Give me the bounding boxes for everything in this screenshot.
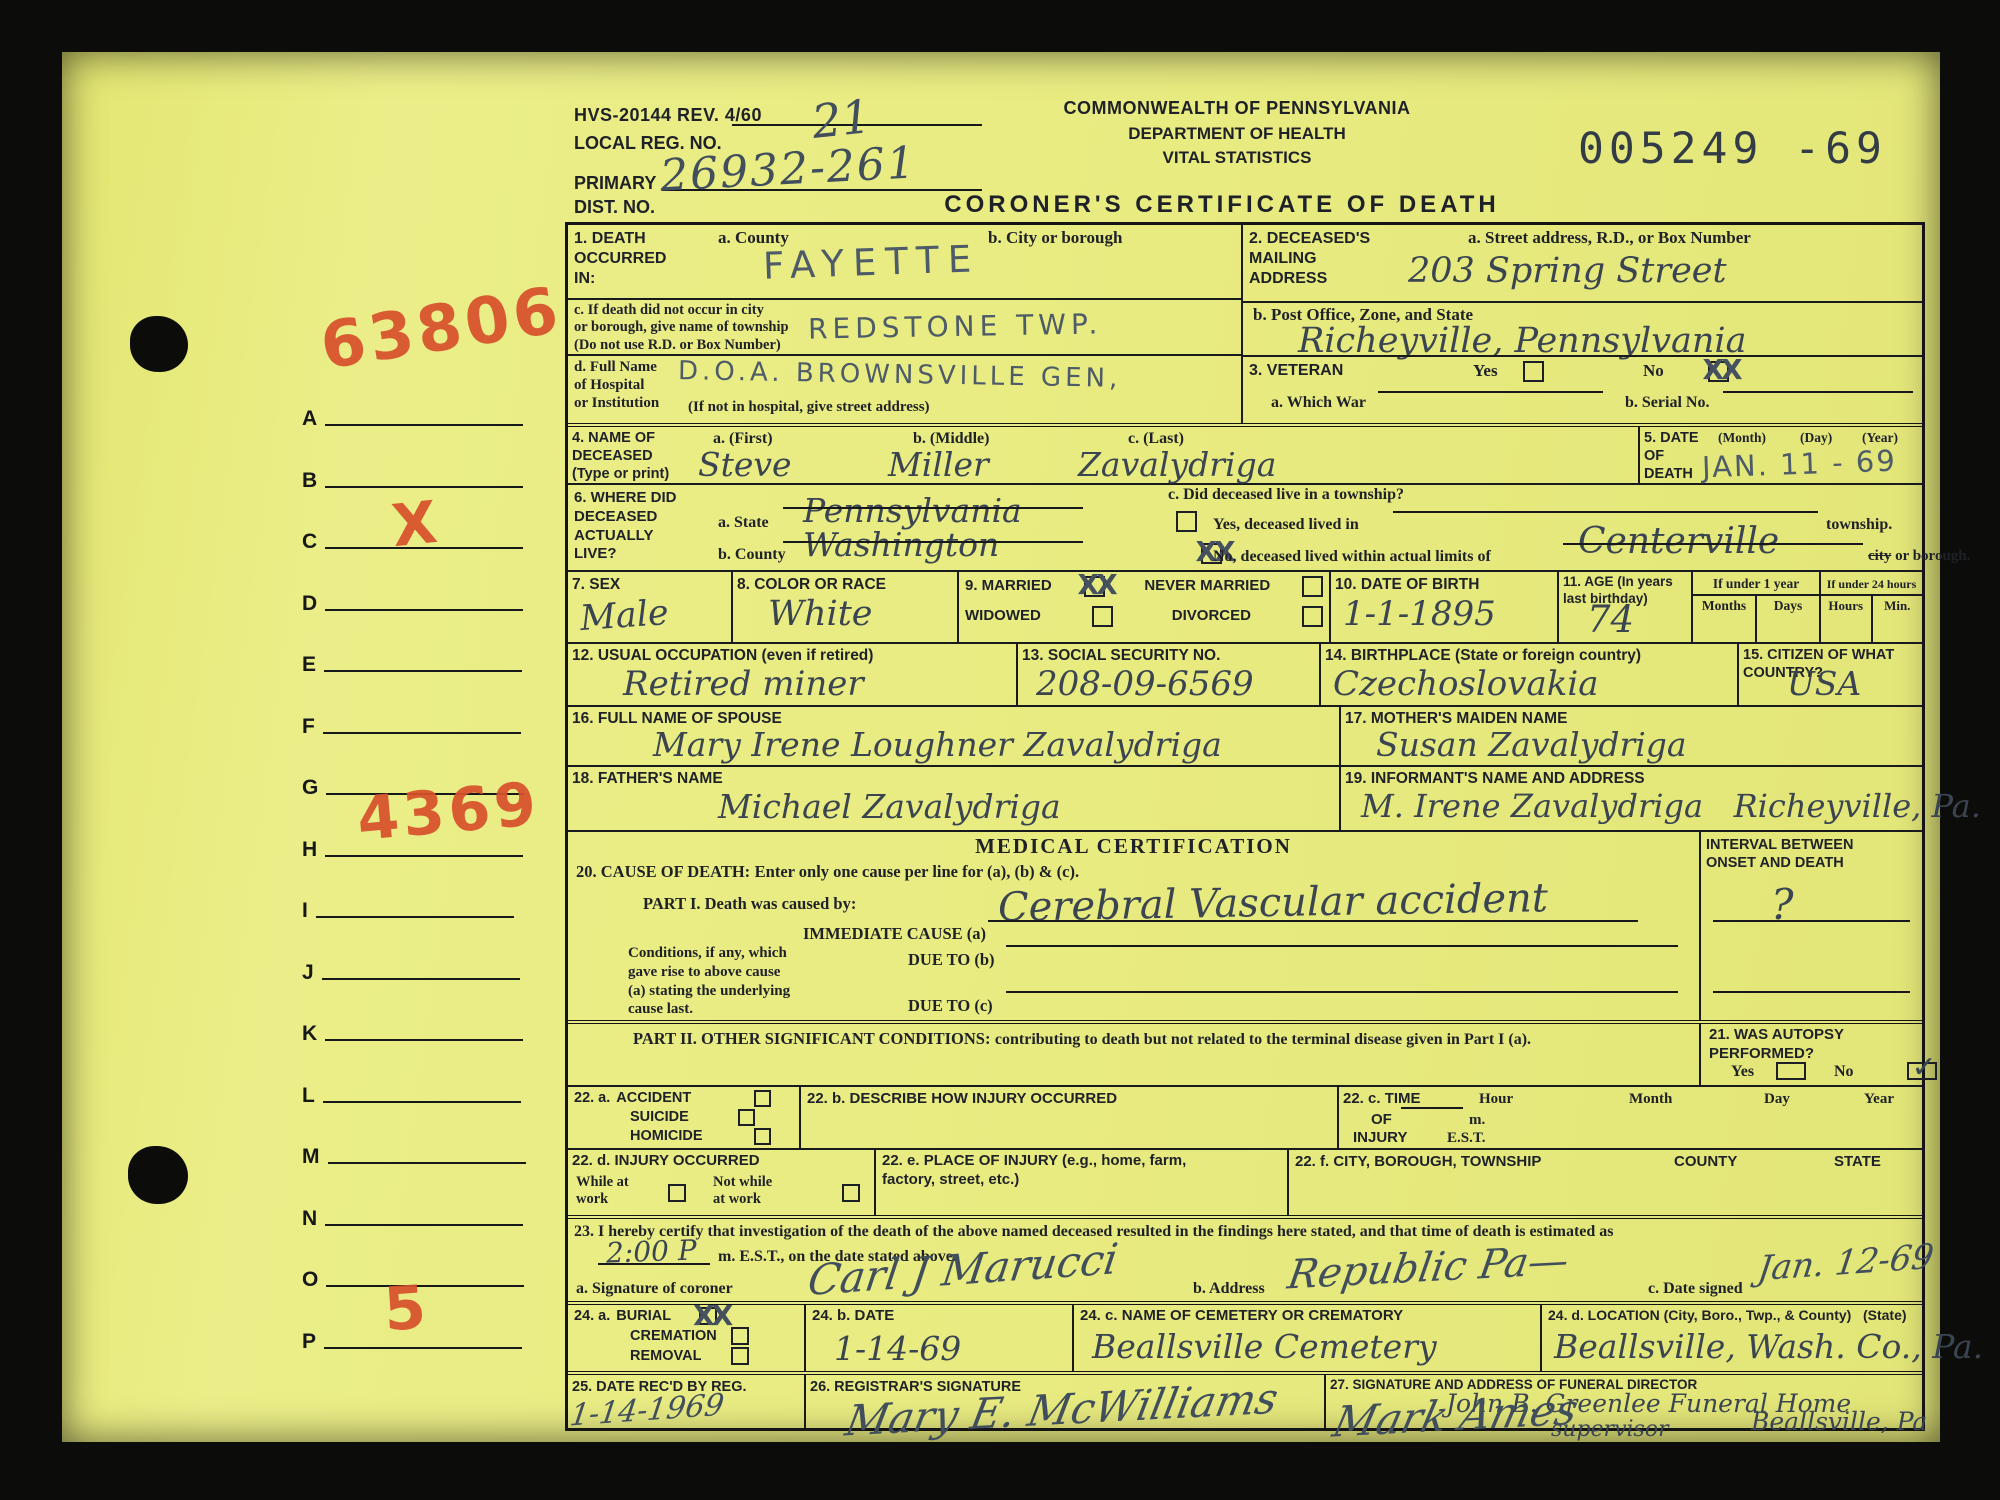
- crayon-x-mark: X: [389, 488, 441, 560]
- ledger-row-n: N: [302, 1207, 523, 1231]
- conditions-note: Conditions, if any, which gave rise to a…: [628, 944, 790, 1019]
- box1-city-label: b. City or borough: [988, 228, 1122, 248]
- box11-under-1-year: If under 1 year Months Days: [1693, 572, 1821, 642]
- box9-row1: 9. MARRIED XX NEVER MARRIED: [965, 576, 1323, 597]
- hours-label: Hours: [1821, 596, 1873, 642]
- funeral-director-role: supervisor: [1551, 1417, 1669, 1442]
- box6-township-word: township.: [1826, 515, 1892, 534]
- box13-ssn: 13. SOCIAL SECURITY NO. 208-09-6569: [1018, 644, 1321, 705]
- box24b-value: 1-14-69: [834, 1329, 961, 1368]
- row-demographics: 7. SEX Male 8. COLOR OR RACE White 9. MA…: [568, 570, 1922, 642]
- box27-funeral-director: 27. SIGNATURE AND ADDRESS OF FUNERAL DIR…: [1326, 1375, 1922, 1428]
- box3-veteran-sub: 3. VETERAN Yes No XX a. Which War b. Ser…: [1243, 355, 1922, 419]
- ledger-line: [325, 855, 523, 858]
- box18-value: Michael Zavalydriga: [718, 787, 1061, 826]
- while-at-work-label: While at work: [576, 1174, 629, 1209]
- box11-under-24-hours: If under 24 hours Hours Min.: [1821, 572, 1922, 642]
- veteran-no-mark: XX: [1702, 353, 1739, 386]
- row-spouse-mother: 16. FULL NAME OF SPOUSE Mary Irene Lough…: [568, 705, 1922, 765]
- box22f-city-county-state: 22. f. CITY, BOROUGH, TOWNSHIP COUNTY ST…: [1289, 1150, 1922, 1215]
- box2-street-label: a. Street address, R.D., or Box Number: [1468, 228, 1751, 248]
- box24b-heading: 24. b. DATE: [812, 1307, 894, 1326]
- ledger-letter: I: [302, 899, 308, 923]
- part2-line: PART II. OTHER SIGNIFICANT CONDITIONS: c…: [633, 1029, 1531, 1049]
- box6-state-label: a. State: [718, 513, 769, 532]
- box22f-state-label: STATE: [1834, 1153, 1881, 1172]
- removal-label: REMOVAL: [630, 1347, 701, 1365]
- suicide-checkbox[interactable]: [738, 1109, 755, 1126]
- coroner-signature-label: a. Signature of coroner: [576, 1279, 733, 1298]
- box13-value: 208-09-6569: [1036, 664, 1254, 704]
- row-part2-autopsy: PART II. OTHER SIGNIFICANT CONDITIONS: c…: [568, 1020, 1922, 1085]
- never-married-checkbox[interactable]: [1302, 576, 1323, 597]
- ledger-letter: G: [302, 776, 318, 800]
- box22b-describe-injury: 22. b. DESCRIBE HOW INJURY OCCURRED: [801, 1087, 1339, 1148]
- box24a-number: 24. a.: [574, 1307, 610, 1325]
- box17-mother: 17. MOTHER'S MAIDEN NAME Susan Zavalydri…: [1341, 707, 1922, 765]
- ledger-line: [316, 916, 514, 919]
- ledger-line: [325, 1039, 523, 1042]
- ledger-line: [323, 1101, 521, 1104]
- autopsy-no-checkbox[interactable]: ✓: [1907, 1062, 1937, 1080]
- cremation-checkbox[interactable]: [731, 1327, 749, 1345]
- box22a-row2: SUICIDE: [574, 1108, 793, 1126]
- ledger-row-l: L: [302, 1084, 521, 1108]
- box4-middle-value: Miller: [888, 445, 989, 484]
- box22c-hour-label: Hour: [1479, 1090, 1513, 1108]
- box3-heading: 3. VETERAN: [1249, 361, 1343, 381]
- immediate-cause-value: Cerebral Vascular accident: [998, 875, 1549, 931]
- min-label: Min.: [1873, 596, 1923, 642]
- row-father-informant: 18. FATHER'S NAME Michael Zavalydriga 19…: [568, 765, 1922, 830]
- ledger-row-e: E: [302, 653, 522, 677]
- box6-residence: 6. WHERE DID DECEASED ACTUALLY LIVE? a. …: [568, 485, 1922, 570]
- box10-date-of-birth: 10. DATE OF BIRTH 1-1-1895: [1331, 572, 1559, 642]
- ledger-line: [326, 1285, 524, 1288]
- box14-heading: 14. BIRTHPLACE (State or foreign country…: [1325, 646, 1641, 665]
- box9-never-label: NEVER MARRIED: [1144, 577, 1270, 596]
- box5-date-of-death: 5. DATE OF DEATH (Month) (Day) (Year) JA…: [1640, 427, 1922, 483]
- under-24-hours-label: If under 24 hours: [1821, 572, 1922, 596]
- crayon-ref-number: 63806: [316, 273, 567, 384]
- box1-death-occurred: 1. DEATH OCCURRED IN: a. County b. City …: [568, 225, 1243, 423]
- ledger-line: [324, 1347, 522, 1350]
- box15-value: USA: [1787, 664, 1861, 703]
- ledger-line: [325, 424, 523, 427]
- box4-last-value: Zavalydriga: [1078, 445, 1276, 484]
- coroner-address-value: Republic Pa—: [1285, 1237, 1572, 1298]
- box17-value: Susan Zavalydriga: [1376, 725, 1687, 764]
- box24c-value: Beallsville Cemetery: [1092, 1327, 1437, 1366]
- ledger-letter: A: [302, 407, 317, 431]
- ledger-letter: D: [302, 592, 317, 616]
- ledger-line: [325, 486, 523, 489]
- box1-county-sub: 1. DEATH OCCURRED IN: a. County b. City …: [568, 225, 1241, 298]
- ledger-line: [323, 732, 521, 735]
- row-death-occurred: 1. DEATH OCCURRED IN: a. County b. City …: [568, 225, 1922, 423]
- box22b-heading: 22. b. DESCRIBE HOW INJURY OCCURRED: [807, 1090, 1117, 1109]
- box22c-number: 22. c. TIME: [1343, 1090, 1421, 1109]
- ledger-row-k: K: [302, 1022, 523, 1046]
- box24d-value: Beallsville, Wash. Co., Pa.: [1554, 1327, 1983, 1366]
- accident-checkbox[interactable]: [754, 1090, 771, 1107]
- under-24-hours-columns: Hours Min.: [1821, 596, 1922, 642]
- box24a-row1: 24. a. BURIAL XX: [574, 1307, 798, 1325]
- autopsy-no-mark: ✓: [1911, 1050, 1933, 1085]
- ledger-letter: M: [302, 1145, 320, 1169]
- box22d-heading: 22. d. INJURY OCCURRED: [572, 1152, 760, 1171]
- box22a-accident-suicide-homicide: 22. a. ACCIDENT SUICIDE HOMICIDE: [568, 1087, 801, 1148]
- commonwealth-line: COMMONWEALTH OF PENNSYLVANIA: [962, 97, 1512, 120]
- box10-value: 1-1-1895: [1343, 594, 1496, 634]
- box3-war-label: a. Which War: [1271, 393, 1366, 412]
- box22f-county-label: COUNTY: [1674, 1153, 1737, 1172]
- box6-heading: 6. WHERE DID DECEASED ACTUALLY LIVE?: [574, 489, 677, 564]
- box6-city-struck: city: [1868, 548, 1891, 564]
- box9-marital-status: 9. MARRIED XX NEVER MARRIED WIDOWED DIVO…: [959, 572, 1331, 642]
- box6-limits-value: Centerville: [1578, 521, 1779, 562]
- box1-hospital-sub: d. Full Name of Hospital or Institution …: [568, 354, 1241, 419]
- dist-no-label: DIST. NO.: [574, 196, 655, 219]
- vital-statistics-line: VITAL STATISTICS: [962, 147, 1512, 168]
- box24c-heading: 24. c. NAME OF CEMETERY OR CREMATORY: [1080, 1307, 1403, 1326]
- box24a-row3: REMOVAL: [574, 1347, 798, 1365]
- box20-cause-of-death: MEDICAL CERTIFICATION 20. CAUSE OF DEATH…: [568, 832, 1701, 1020]
- ledger-row-f: F: [302, 715, 521, 739]
- ledger-row-j: J: [302, 961, 520, 985]
- coroner-signature: Carl J Marucci: [805, 1234, 1121, 1305]
- box9-married-label: 9. MARRIED: [965, 577, 1052, 596]
- married-mark: XX: [1078, 568, 1115, 601]
- interval-heading: INTERVAL BETWEEN ONSET AND DEATH: [1706, 836, 1853, 872]
- box23-certification: 23. I hereby certify that investigation …: [568, 1219, 1922, 1301]
- box25-date-received: 25. DATE REC'D BY REG. 1-14-1969: [568, 1375, 806, 1428]
- homicide-checkbox[interactable]: [754, 1128, 771, 1145]
- box19-value: M. Irene Zavalydriga Richeyville, Pa.: [1361, 787, 1981, 825]
- months-label: Months: [1693, 596, 1757, 642]
- lived-township-yes-checkbox[interactable]: [1176, 511, 1197, 532]
- box5-value: JAN. 11 - 69: [1701, 444, 1897, 485]
- box22c-time-of-injury: 22. c. TIME Hour Month Day Year OF m. IN…: [1339, 1087, 1922, 1148]
- crayon-ref-number-3: 5: [382, 1273, 429, 1346]
- ledger-row-m: M: [302, 1145, 526, 1169]
- ledger-letter: O: [302, 1268, 318, 1292]
- box6-township-question: c. Did deceased live in a township?: [1168, 485, 1404, 504]
- box26-registrar-signature: 26. REGISTRAR'S SIGNATURE Mary E. McWill…: [806, 1375, 1326, 1428]
- ledger-line: [325, 609, 523, 612]
- box1-township-label: c. If death did not occur in city or bor…: [574, 302, 789, 354]
- box24c-cemetery: 24. c. NAME OF CEMETERY OR CREMATORY Bea…: [1074, 1305, 1542, 1371]
- ledger-row-a: A: [302, 407, 523, 431]
- box12-occupation: 12. USUAL OCCUPATION (even if retired) R…: [568, 644, 1018, 705]
- box16-value: Mary Irene Loughner Zavalydriga: [653, 725, 1222, 764]
- suicide-label: SUICIDE: [630, 1108, 689, 1126]
- box20-heading: 20. CAUSE OF DEATH:: [576, 862, 750, 881]
- punch-hole-top: [130, 316, 188, 372]
- box1-township-value: REDSTONE TWP.: [808, 307, 1103, 345]
- ledger-row-i: I: [302, 899, 514, 923]
- box14-value: Czechoslovakia: [1333, 664, 1598, 704]
- ledger-letter: E: [302, 653, 316, 677]
- box21-yes-label: Yes: [1731, 1062, 1754, 1081]
- box2-post-sub: b. Post Office, Zone, and State Richeyvi…: [1243, 301, 1922, 355]
- box2-heading: 2. DECEASED'S MAILING ADDRESS: [1249, 229, 1370, 289]
- ledger-line: [325, 1224, 523, 1227]
- ledger-letter: H: [302, 838, 317, 862]
- box2-street-value: 203 Spring Street: [1408, 251, 1727, 291]
- ledger-letter: P: [302, 1330, 316, 1354]
- box6-or-borough: or borough.: [1895, 548, 1970, 564]
- department-line: DEPARTMENT OF HEALTH: [962, 123, 1512, 144]
- ledger-letter: L: [302, 1084, 315, 1108]
- part2-conditions: PART II. OTHER SIGNIFICANT CONDITIONS: c…: [568, 1024, 1701, 1085]
- primary-label: PRIMARY: [574, 172, 656, 195]
- ledger-letter: N: [302, 1207, 317, 1231]
- box7-value: Male: [579, 593, 670, 639]
- ledger-letter: B: [302, 469, 317, 493]
- certificate-paper: A B C D E F G H I J K L M N O P 63806 X …: [62, 52, 1940, 1442]
- box4-heading: 4. NAME OF DECEASED (Type or print): [572, 429, 669, 483]
- part2-note: contributing to death but not related to…: [995, 1031, 1531, 1048]
- box2-street-sub: 2. DECEASED'S MAILING ADDRESS a. Street …: [1243, 225, 1922, 301]
- box12-value: Retired miner: [623, 664, 864, 704]
- row-residence: 6. WHERE DID DECEASED ACTUALLY LIVE? a. …: [568, 483, 1922, 570]
- box22f-heading: 22. f. CITY, BOROUGH, TOWNSHIP: [1295, 1153, 1541, 1172]
- burial-mark: XX: [693, 1299, 730, 1332]
- box20-note: Enter only one cause per line for (a), (…: [755, 862, 1079, 881]
- box9-row2: WIDOWED DIVORCED: [965, 606, 1323, 627]
- certificate-form: 1. DEATH OCCURRED IN: a. County b. City …: [565, 222, 1925, 1431]
- box20-label-line: 20. CAUSE OF DEATH: Enter only one cause…: [576, 862, 1079, 882]
- days-label: Days: [1757, 596, 1819, 642]
- box13-heading: 13. SOCIAL SECURITY NO.: [1022, 646, 1220, 665]
- box5-day-label: (Day): [1800, 430, 1832, 446]
- box10-heading: 10. DATE OF BIRTH: [1335, 575, 1479, 594]
- box8-color-or-race: 8. COLOR OR RACE White: [733, 572, 959, 642]
- ledger-line: [324, 670, 522, 673]
- box6-borough-suffix: city or borough.: [1868, 547, 1970, 565]
- not-while-at-work-checkbox[interactable]: [842, 1184, 860, 1202]
- row-medical-certification: MEDICAL CERTIFICATION 20. CAUSE OF DEATH…: [568, 830, 1922, 1020]
- certificate-number-stamp: 005249 -69: [1578, 124, 1887, 174]
- box18-father: 18. FATHER'S NAME Michael Zavalydriga: [568, 767, 1341, 830]
- box7-heading: 7. SEX: [572, 575, 620, 594]
- box9-widowed-label: WIDOWED: [965, 607, 1041, 626]
- box7-sex: 7. SEX Male: [568, 572, 733, 642]
- box22a-row3: HOMICIDE: [574, 1127, 793, 1145]
- ledger-line: [322, 978, 520, 981]
- box3-serial-label: b. Serial No.: [1625, 393, 1709, 412]
- autopsy-yes-checkbox[interactable]: [1776, 1062, 1806, 1080]
- ledger-letter: K: [302, 1022, 317, 1046]
- box21-heading: 21. WAS AUTOPSY PERFORMED?: [1709, 1026, 1844, 1064]
- box22c-injury-label: INJURY: [1353, 1129, 1407, 1148]
- ledger-letter: C: [302, 530, 317, 554]
- box9-divorced-label: DIVORCED: [1172, 607, 1251, 626]
- box22c-month-label: Month: [1629, 1090, 1672, 1108]
- part1-label: PART I. Death was caused by:: [643, 894, 856, 914]
- box24d-heading: 24. d. LOCATION (City, Boro., Twp., & Co…: [1548, 1307, 1907, 1325]
- row-injury-place: 22. d. INJURY OCCURRED While at work Not…: [568, 1148, 1922, 1215]
- veteran-yes-checkbox[interactable]: [1523, 361, 1544, 382]
- box1-hospital-note: (If not in hospital, give street address…: [688, 398, 930, 416]
- row-name-date: 4. NAME OF DECEASED (Type or print) a. (…: [568, 423, 1922, 483]
- interval-column: INTERVAL BETWEEN ONSET AND DEATH ?: [1701, 832, 1922, 1020]
- under-1-year-columns: Months Days: [1693, 596, 1819, 642]
- box22d-injury-occurred: 22. d. INJURY OCCURRED While at work Not…: [568, 1150, 876, 1215]
- box19-informant: 19. INFORMANT'S NAME AND ADDRESS M. Iren…: [1341, 767, 1922, 830]
- box8-value: White: [768, 594, 873, 634]
- box6-no-text: No, deceased lived within actual limits …: [1213, 547, 1491, 566]
- burial-label: BURIAL: [616, 1307, 671, 1325]
- box22a-number: 22. a.: [574, 1089, 610, 1107]
- row-occupation: 12. USUAL OCCUPATION (even if retired) R…: [568, 642, 1922, 705]
- box11-age: 11. AGE (In years last birthday) 74: [1559, 572, 1693, 642]
- date-signed-label: c. Date signed: [1648, 1279, 1743, 1298]
- box3-yes-label: Yes: [1473, 361, 1498, 381]
- box3-no-label: No: [1643, 361, 1664, 381]
- row-injury-type: 22. a. ACCIDENT SUICIDE HOMICIDE 22. b. …: [568, 1085, 1922, 1148]
- ledger-letter: F: [302, 715, 315, 739]
- veteran-no-checkbox[interactable]: XX: [1708, 361, 1729, 382]
- box11-value: 74: [1587, 598, 1634, 641]
- box22c-day-label: Day: [1764, 1090, 1790, 1108]
- divorced-checkbox[interactable]: [1302, 606, 1323, 627]
- box22c-year-label: Year: [1864, 1090, 1894, 1108]
- box1-hospital-value: D.O.A. BROWNSVILLE GEN,: [678, 356, 1122, 394]
- under-1-year-label: If under 1 year: [1693, 572, 1819, 596]
- widowed-checkbox[interactable]: [1092, 606, 1113, 627]
- scanned-death-certificate: { "header": { "form_no": "HVS-20144 REV.…: [0, 0, 2000, 1500]
- accident-label: ACCIDENT: [616, 1089, 691, 1107]
- box21-autopsy: 21. WAS AUTOPSY PERFORMED? Yes No ✓: [1701, 1024, 1922, 1085]
- box5-month-label: (Month): [1718, 430, 1766, 446]
- box24d-location: 24. d. LOCATION (City, Boro., Twp., & Co…: [1542, 1305, 1922, 1371]
- box12-heading: 12. USUAL OCCUPATION (even if retired): [572, 646, 873, 665]
- box22a-row1: 22. a. ACCIDENT: [574, 1089, 793, 1107]
- ledger-letter: J: [302, 961, 314, 985]
- not-while-at-work-label: Not while at work: [713, 1174, 772, 1209]
- due-to-b-label: DUE TO (b): [908, 950, 995, 970]
- removal-checkbox[interactable]: [731, 1347, 749, 1365]
- date-signed-value: Jan. 12-69: [1755, 1237, 1936, 1290]
- homicide-label: HOMICIDE: [630, 1127, 703, 1145]
- box1-township-sub: c. If death did not occur in city or bor…: [568, 298, 1241, 354]
- box24a-disposition-type: 24. a. BURIAL XX CREMATION REMOVAL: [568, 1305, 806, 1371]
- medical-certification-title: MEDICAL CERTIFICATION: [568, 832, 1699, 859]
- row-certification: 23. I hereby certify that investigation …: [568, 1215, 1922, 1301]
- box24a-row2: CREMATION: [574, 1327, 798, 1345]
- box15-citizen: 15. CITIZEN OF WHAT COUNTRY? USA: [1739, 644, 1922, 705]
- box22e-place-of-injury: 22. e. PLACE OF INJURY (e.g., home, farm…: [876, 1150, 1289, 1215]
- box5-heading: 5. DATE OF DEATH: [1644, 429, 1699, 483]
- row-disposition: 24. a. BURIAL XX CREMATION REMOVAL 24. b…: [568, 1301, 1922, 1371]
- box1-county-value: FAYETTE: [762, 237, 981, 288]
- box22c-of-label: OF: [1371, 1111, 1392, 1130]
- box22c-est-label: E.S.T.: [1447, 1129, 1486, 1147]
- married-checkbox[interactable]: XX: [1084, 576, 1105, 597]
- certificate-title: CORONER'S CERTIFICATE OF DEATH: [892, 190, 1552, 220]
- while-at-work-checkbox[interactable]: [668, 1184, 686, 1202]
- burial-checkbox[interactable]: XX: [699, 1307, 717, 1325]
- box14-birthplace: 14. BIRTHPLACE (State or foreign country…: [1321, 644, 1739, 705]
- funeral-home-address: Beallsville, Pa: [1751, 1407, 1927, 1436]
- box6-county-value: Washington: [803, 525, 999, 564]
- agency-block: COMMONWEALTH OF PENNSYLVANIA DEPARTMENT …: [962, 97, 1512, 168]
- box16-spouse: 16. FULL NAME OF SPOUSE Mary Irene Lough…: [568, 707, 1341, 765]
- box22e-heading: 22. e. PLACE OF INJURY (e.g., home, farm…: [882, 1152, 1186, 1190]
- box8-heading: 8. COLOR OR RACE: [737, 575, 886, 594]
- immediate-cause-label: IMMEDIATE CAUSE (a): [803, 924, 986, 944]
- row-registration: 25. DATE REC'D BY REG. 1-14-1969 26. REG…: [568, 1371, 1922, 1428]
- punch-hole-bottom: [128, 1146, 188, 1204]
- box24b-date: 24. b. DATE 1-14-69: [806, 1305, 1074, 1371]
- part2-heading: PART II. OTHER SIGNIFICANT CONDITIONS:: [633, 1029, 990, 1048]
- box22c-m-suffix: m.: [1469, 1111, 1485, 1129]
- box19-heading: 19. INFORMANT'S NAME AND ADDRESS: [1345, 769, 1645, 788]
- box6-county-label: b. County: [718, 545, 786, 564]
- ledger-row-d: D: [302, 592, 523, 616]
- box1-heading: 1. DEATH OCCURRED IN:: [574, 229, 666, 289]
- coroner-address-label: b. Address: [1193, 1279, 1265, 1298]
- box1-hospital-label: d. Full Name of Hospital or Institution: [574, 358, 659, 412]
- box2-3-column: 2. DECEASED'S MAILING ADDRESS a. Street …: [1243, 225, 1922, 423]
- box4-first-value: Steve: [698, 445, 792, 484]
- box6-yes-text: Yes, deceased lived in: [1213, 515, 1359, 534]
- box21-no-label: No: [1834, 1062, 1854, 1081]
- box18-heading: 18. FATHER'S NAME: [572, 769, 723, 788]
- ledger-line: [328, 1162, 526, 1165]
- due-to-c-label: DUE TO (c): [908, 996, 993, 1016]
- box4-name-of-deceased: 4. NAME OF DECEASED (Type or print) a. (…: [568, 427, 1640, 483]
